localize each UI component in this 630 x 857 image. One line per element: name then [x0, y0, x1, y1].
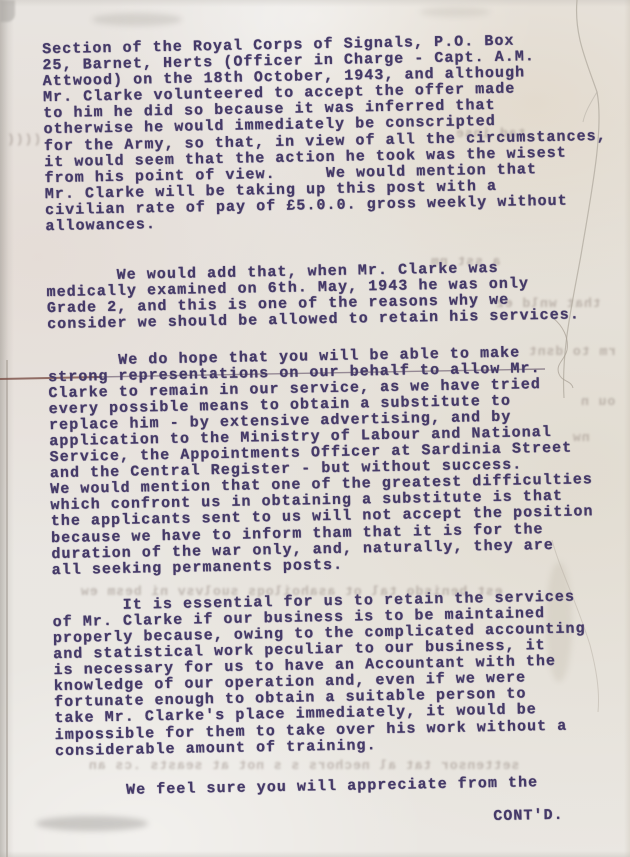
corner-shadow: [0, 0, 15, 22]
letter-body: Section of the Royal Corps of Signals, P…: [42, 31, 630, 833]
paper-stain: [420, 7, 490, 17]
paragraph-4: It is essential for us to retain the ser…: [52, 588, 630, 760]
paragraph-5: We feel sure you will appreciate from th…: [56, 773, 630, 800]
continuation-mark: CONT'D.: [493, 806, 630, 825]
paper-stain: [92, 13, 182, 26]
paragraph-1: Section of the Royal Corps of Signals, P…: [42, 31, 630, 235]
paper-edge-line: [6, 360, 8, 857]
paper-edge-top: [0, 0, 630, 7]
paragraph-3: We do hope that you will be able to make…: [48, 343, 630, 579]
letter-page: tad inse a sst nm that wnld ez rm to dsn…: [0, 0, 630, 857]
paragraph-2: We would add that, when Mr. Clarke was m…: [46, 258, 630, 333]
paper-edge-bottom: [0, 851, 630, 857]
